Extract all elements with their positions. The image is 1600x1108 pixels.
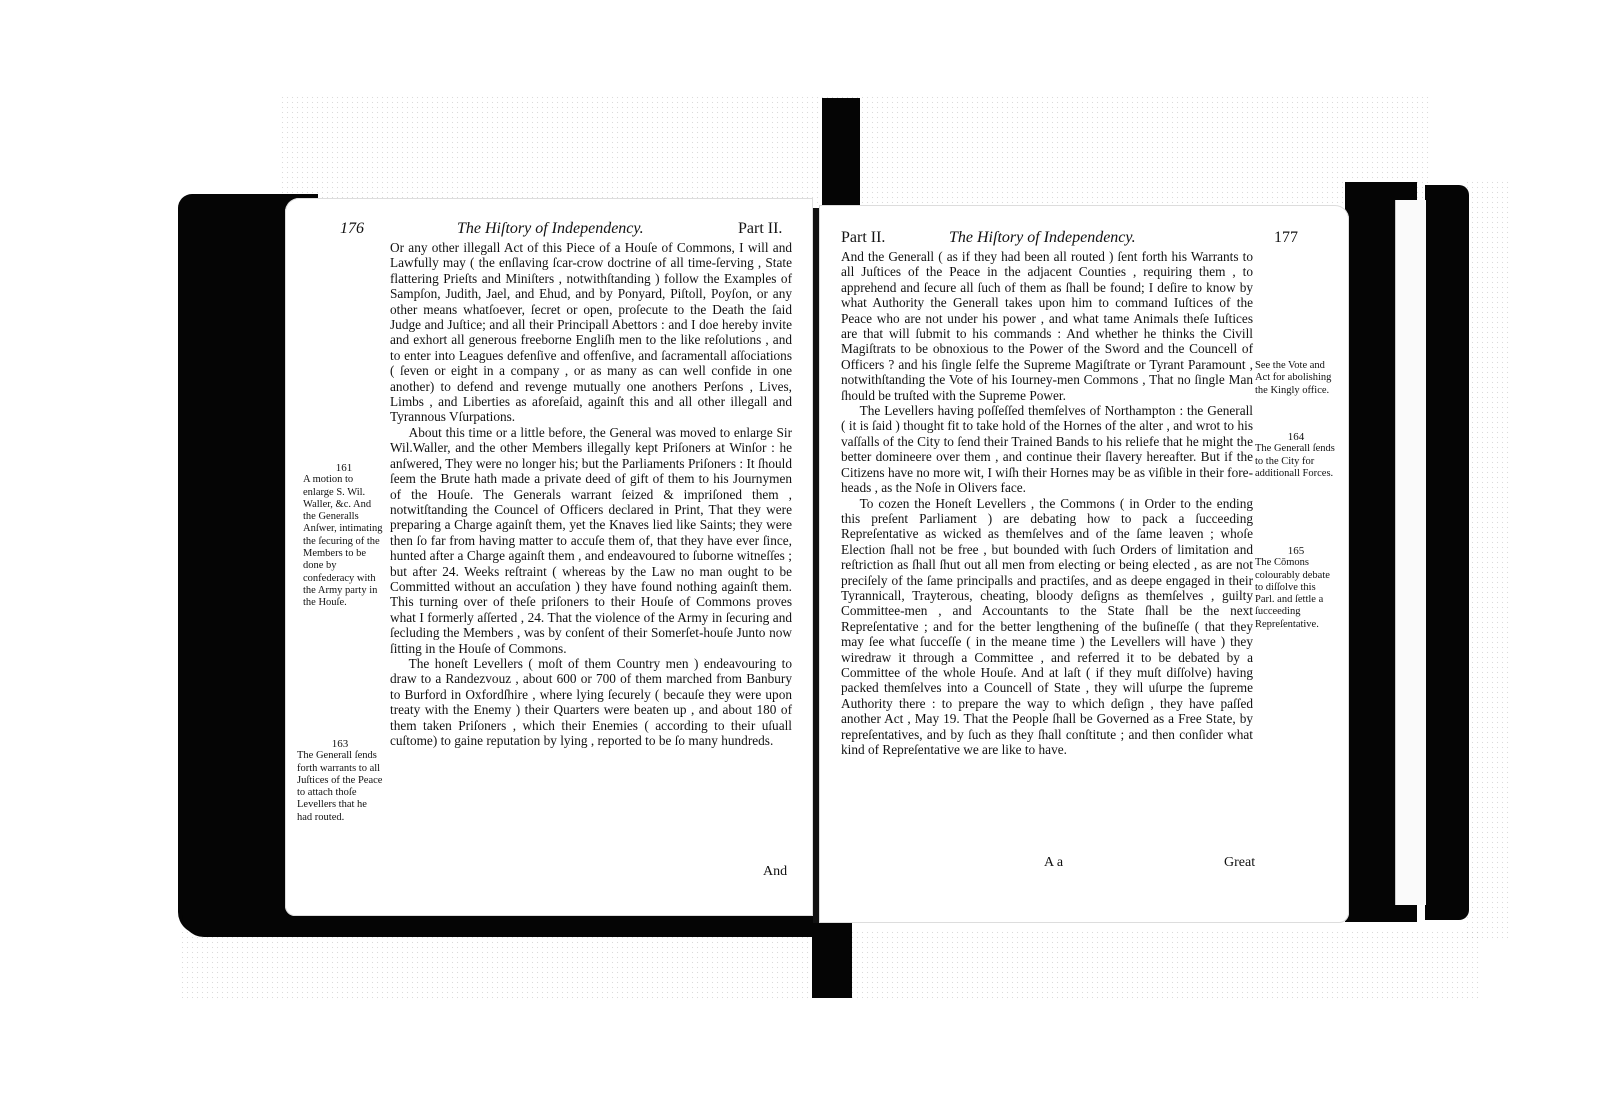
paragraph: About this time or a little before, the … <box>390 425 792 656</box>
signature-mark: A a <box>1044 855 1063 871</box>
book-cover-right-back <box>1425 185 1469 920</box>
note-number: 164 <box>1255 431 1337 443</box>
note-text: The Generall ſends forth warrants to all… <box>297 750 382 822</box>
note-text: The Cōmons colourably debate to diſſolve… <box>1255 557 1330 629</box>
paragraph: The honeſt Levellers ( moſt of them Coun… <box>390 656 792 748</box>
left-page: 176 The Hiſtory of Independency. Part II… <box>285 198 813 916</box>
margin-note: 163 The Generall ſends forth warrants to… <box>297 738 383 824</box>
note-number: 161 <box>303 462 385 474</box>
paragraph: The Levellers having poſſeſſed themſelve… <box>841 403 1253 495</box>
note-text: The Generall ſends to the City for addit… <box>1255 443 1335 479</box>
book-spine-top <box>822 98 860 218</box>
paragraph: To cozen the Honeſt Levellers , the Comm… <box>841 496 1253 758</box>
margin-note: 165 The Cōmons colourably debate to diſſ… <box>1255 545 1337 631</box>
page-number: 177 <box>1274 229 1298 247</box>
catchword: Great <box>1224 855 1255 871</box>
book-spine-bottom <box>812 918 852 998</box>
margin-note: 161 A motion to enlarge S. Wil. Waller, … <box>303 462 385 610</box>
part-label: Part II. <box>841 229 885 247</box>
margin-note: 164 The Generall ſends to the City for a… <box>1255 431 1337 480</box>
right-body-text: And the Generall ( as if they had been a… <box>841 249 1253 757</box>
paragraph: Or any other illegall Act of this Piece … <box>390 240 792 425</box>
scan-noise-right <box>1465 180 1510 940</box>
running-title: The Hiſtory of Independency. <box>457 220 644 238</box>
running-title: The Hiſtory of Independency. <box>949 229 1136 247</box>
note-number: 165 <box>1255 545 1337 557</box>
page-edges-right <box>1395 200 1426 905</box>
note-text: See the Vote and Act for abolishing the … <box>1255 360 1331 396</box>
margin-note: See the Vote and Act for abolishing the … <box>1255 360 1337 397</box>
page-number: 176 <box>340 220 364 238</box>
note-text: A motion to enlarge S. Wil. Waller, &c. … <box>303 474 382 608</box>
part-label: Part II. <box>738 220 782 238</box>
left-body-text: Or any other illegall Act of this Piece … <box>390 240 792 748</box>
note-number: 163 <box>297 738 383 750</box>
right-page: Part II. The Hiſtory of Independency. 17… <box>819 205 1349 923</box>
catchword: And <box>763 864 787 880</box>
paragraph: And the Generall ( as if they had been a… <box>841 249 1253 403</box>
